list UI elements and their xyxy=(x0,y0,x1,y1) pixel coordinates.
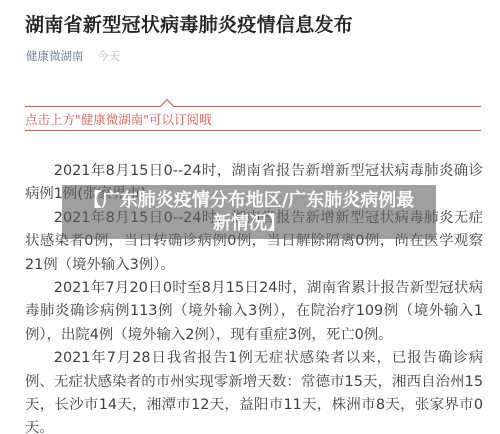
overlay-caption: 【广东肺炎疫情分布地区/广东肺炎病例最新情况】 xyxy=(62,189,436,235)
subscribe-banner: 点击上方"健康微湖南"可以订阅哦 xyxy=(25,106,481,131)
paragraph: 2021年7月28日我省报告1例无症状感染者以来，已报告确诊病例、无症状感染者的… xyxy=(25,347,483,434)
publish-date: 今天 xyxy=(97,49,120,63)
author-link[interactable]: 健康微湖南 xyxy=(26,49,84,63)
article-title: 湖南省新型冠状病毒肺炎疫情信息发布 xyxy=(25,10,353,37)
subscribe-prompt: 点击上方"健康微湖南"可以订阅哦 xyxy=(25,110,212,128)
article-meta: 健康微湖南 今天 xyxy=(26,48,120,64)
paragraph: 2021年7月20日0时至8月15日24时，湖南省累计报告新型冠状病毒肺炎确诊病… xyxy=(25,277,483,347)
caption-overlay: 【广东肺炎疫情分布地区/广东肺炎病例最新情况】 xyxy=(62,185,436,239)
